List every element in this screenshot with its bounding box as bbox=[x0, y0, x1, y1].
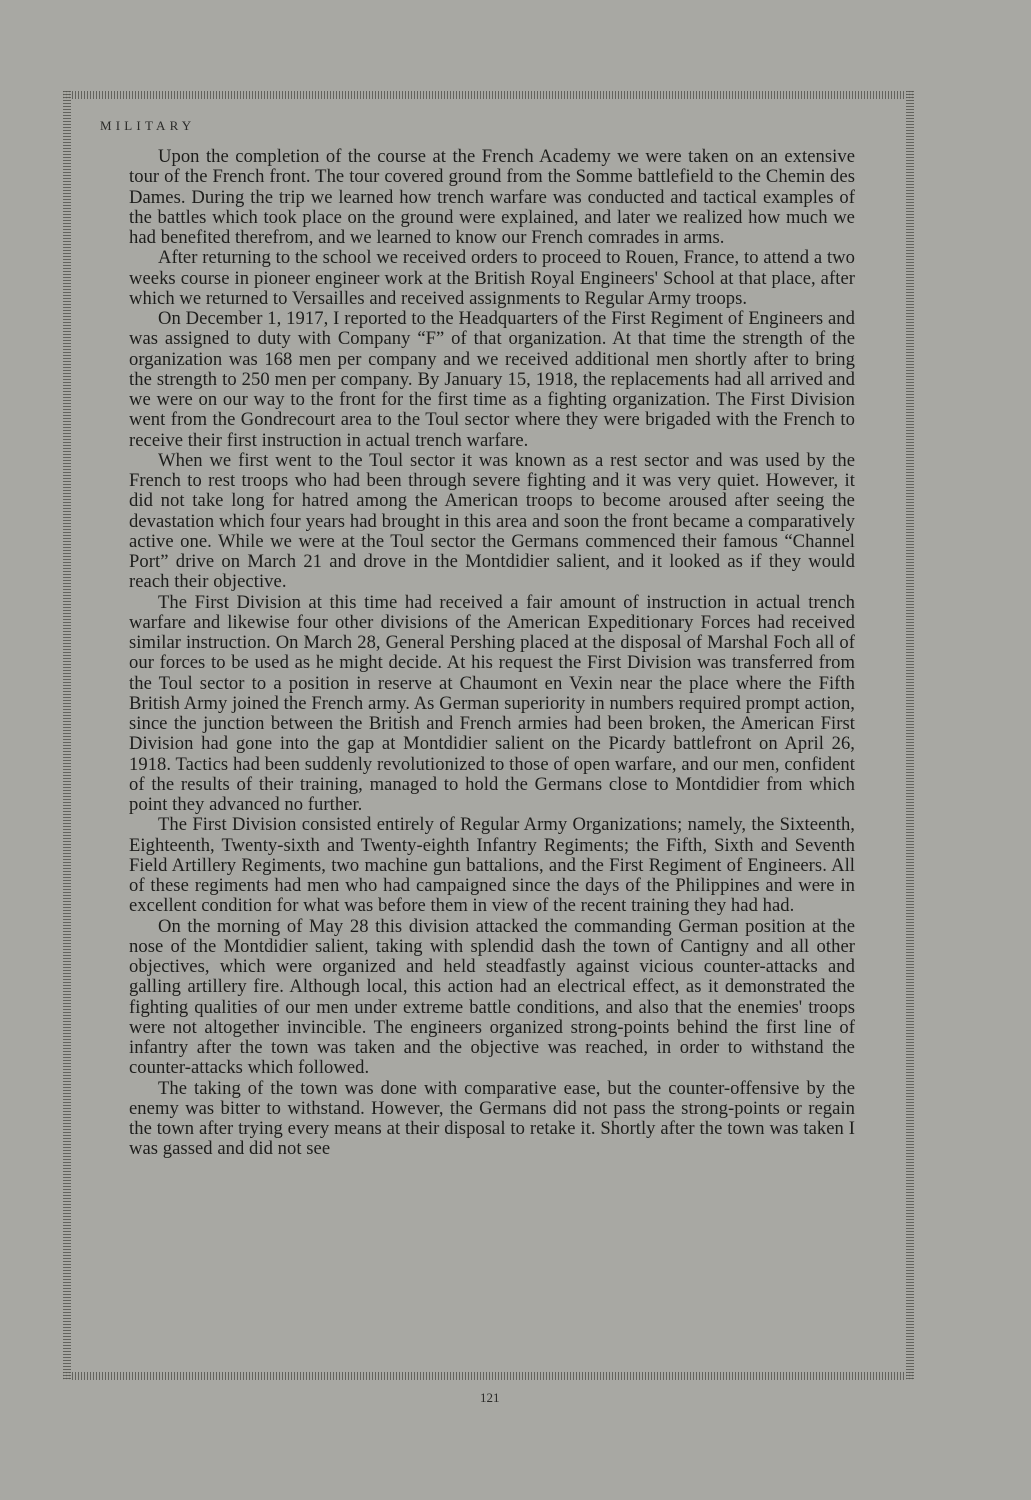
paragraph: When we first went to the Toul sector it… bbox=[129, 451, 855, 593]
paragraph: The First Division consisted entirely of… bbox=[129, 815, 855, 916]
paragraph: Upon the completion of the course at the… bbox=[129, 147, 855, 248]
article-body: Upon the completion of the course at the… bbox=[129, 147, 855, 1160]
page-number: 121 bbox=[480, 1390, 500, 1406]
decorative-border-top bbox=[63, 91, 914, 99]
running-head: MILITARY bbox=[100, 118, 195, 134]
paragraph: On December 1, 1917, I reported to the H… bbox=[129, 309, 855, 451]
decorative-border-left bbox=[63, 91, 71, 1380]
paragraph: The taking of the town was done with com… bbox=[129, 1079, 855, 1160]
paragraph: The First Division at this time had rece… bbox=[129, 593, 855, 816]
decorative-border-bottom bbox=[63, 1372, 914, 1380]
decorative-border-right bbox=[906, 91, 914, 1380]
paragraph: After returning to the school we receive… bbox=[129, 248, 855, 309]
paragraph: On the morning of May 28 this division a… bbox=[129, 917, 855, 1079]
